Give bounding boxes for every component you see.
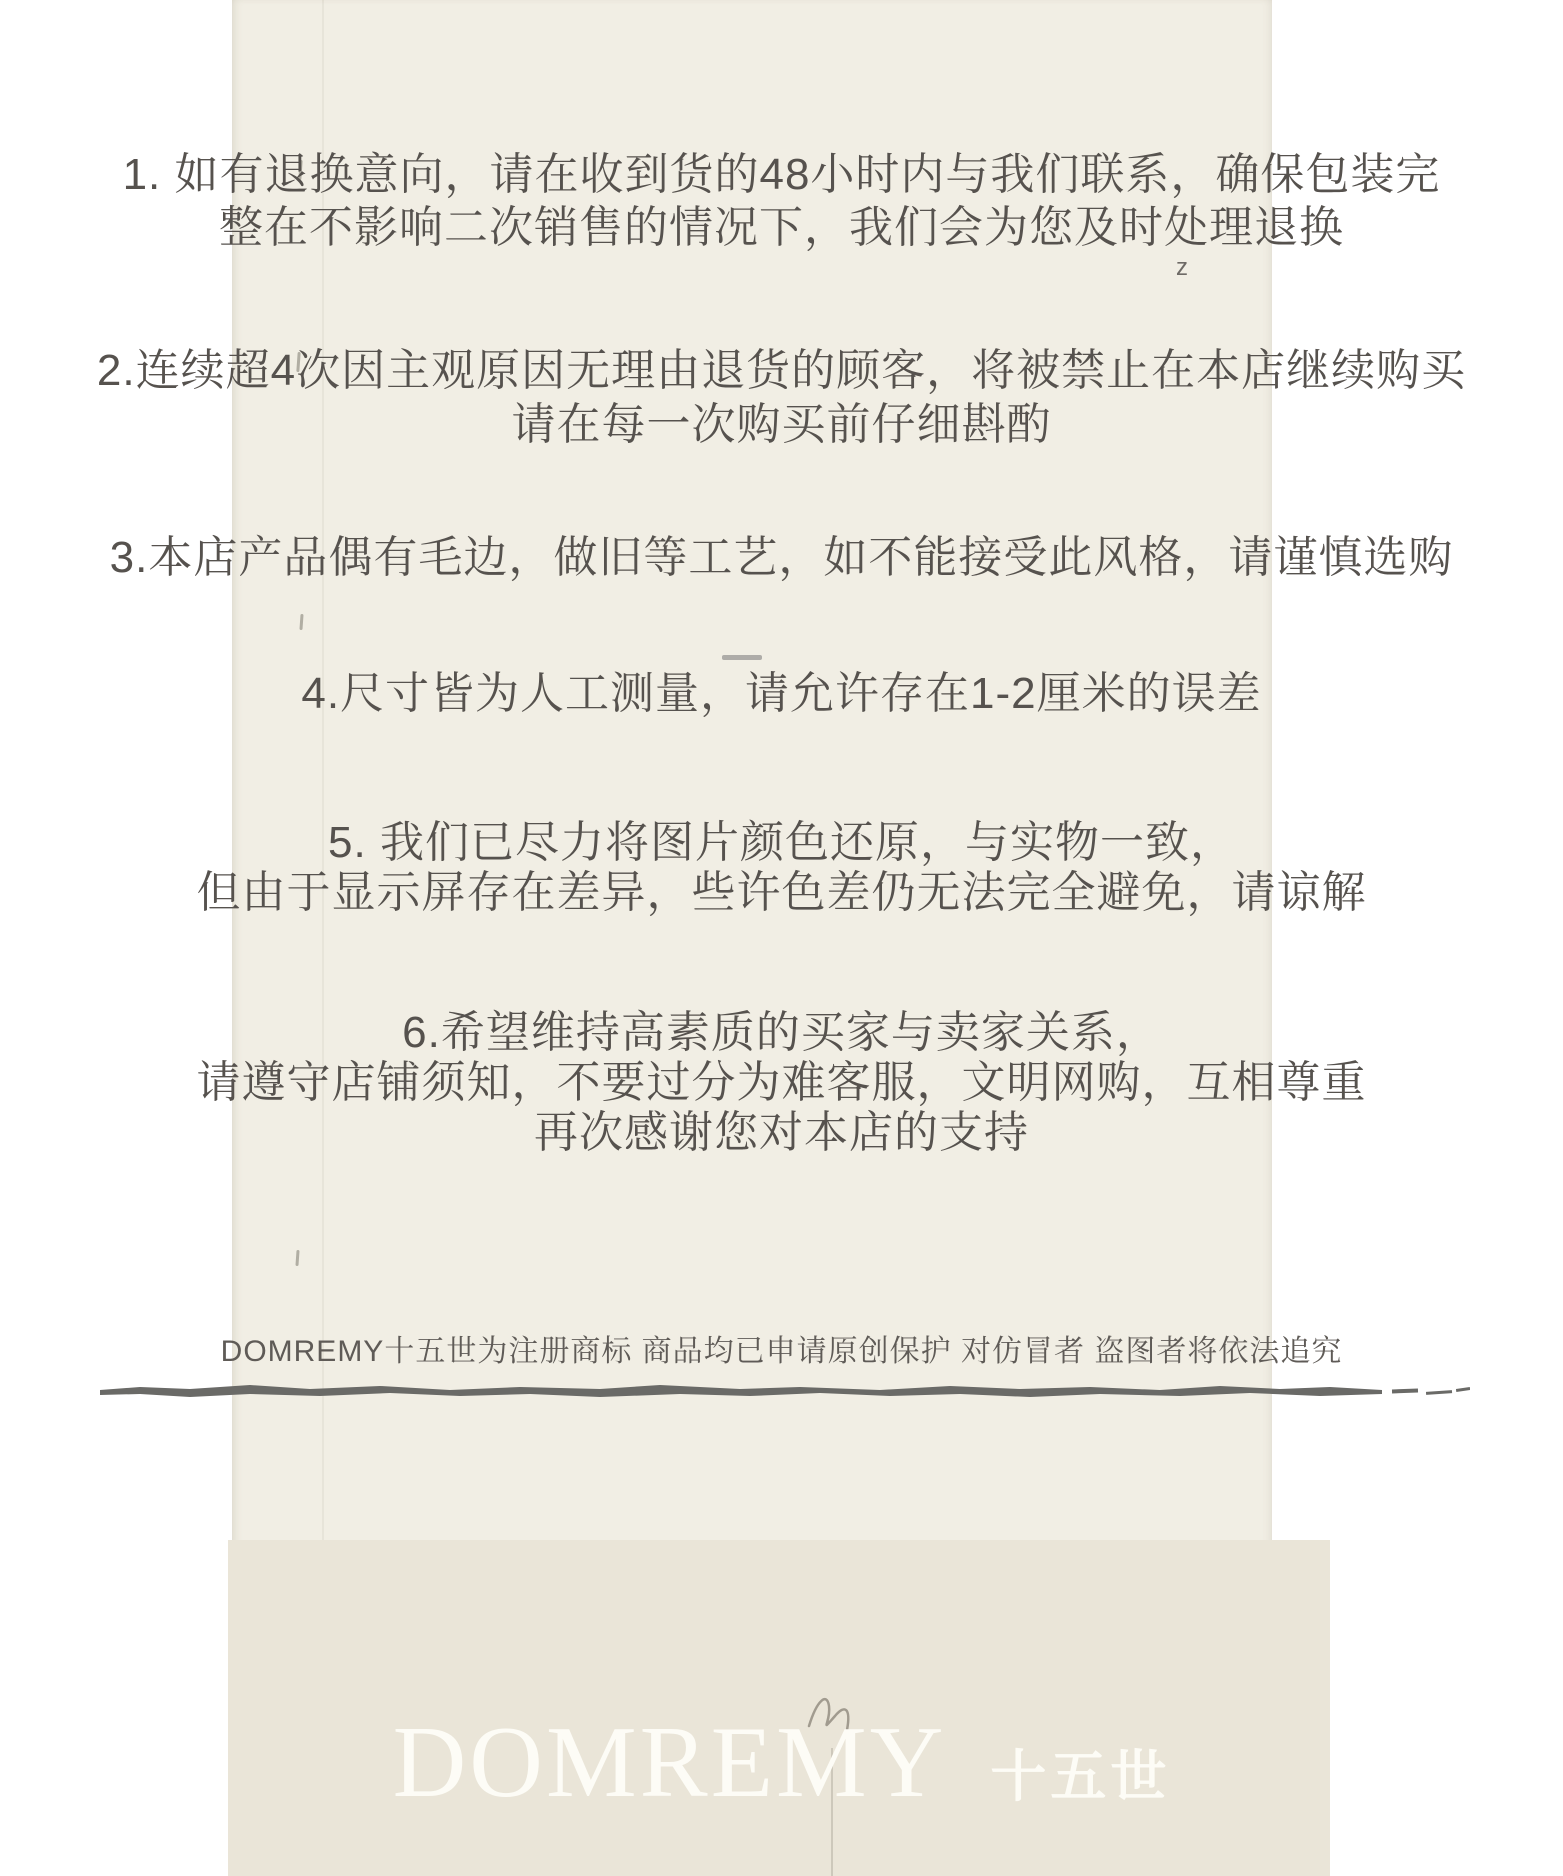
notice-line: 整在不影响二次销售的情况下，我们会为您及时处理退换 xyxy=(0,201,1563,254)
notice-line: 但由于显示屏存在差异，些许色差仍无法完全避免，请谅解 xyxy=(0,868,1563,918)
notice-item-1: 1. 如有退换意向，请在收到货的48小时内与我们联系，确保包装完 整在不影响二次… xyxy=(0,148,1563,254)
notice-line: 请遵守店铺须知，不要过分为难客服，文明网购，互相尊重 xyxy=(0,1058,1563,1108)
notice-line: 3.本店产品偶有毛边，做旧等工艺，如不能接受此风格，请谨慎选购 xyxy=(0,531,1563,585)
notice-line: 4.尺寸皆为人工测量，请允许存在1-2厘米的误差 xyxy=(0,667,1563,721)
brand-logo: DOMREMY 十五世 xyxy=(0,1712,1563,1814)
notice-line: 再次感谢您对本店的支持 xyxy=(0,1108,1563,1158)
notice-line: 6.希望维持高素质的买家与卖家关系， xyxy=(0,1008,1563,1058)
trademark-notice: DOMREMY十五世为注册商标 商品均已申请原创保护 对仿冒者 盗图者将依法追究 xyxy=(0,1326,1563,1370)
notice-line: 5. 我们已尽力将图片颜色还原，与实物一致， xyxy=(0,818,1563,868)
small-dash-mark xyxy=(722,655,762,660)
stray-z-character: z xyxy=(1176,254,1188,282)
notice-line: 请在每一次购买前仔细斟酌 xyxy=(0,398,1563,452)
notice-item-5: 5. 我们已尽力将图片颜色还原，与实物一致， 但由于显示屏存在差异，些许色差仍无… xyxy=(0,818,1563,918)
notice-item-2: 2.连续超4次因主观原因无理由退货的顾客，将被禁止在本店继续购买 请在每一次购买… xyxy=(0,344,1563,452)
notice-line: 1. 如有退换意向，请在收到货的48小时内与我们联系，确保包装完 xyxy=(0,148,1563,201)
notice-item-4: 4.尺寸皆为人工测量，请允许存在1-2厘米的误差 xyxy=(0,667,1563,721)
brush-divider xyxy=(100,1382,1470,1400)
brand-logo-suffix: 十五世 xyxy=(990,1749,1170,1805)
notice-item-3: 3.本店产品偶有毛边，做旧等工艺，如不能接受此风格，请谨慎选购 xyxy=(0,531,1563,585)
notice-item-6: 6.希望维持高素质的买家与卖家关系， 请遵守店铺须知，不要过分为难客服，文明网购… xyxy=(0,1008,1563,1158)
store-notice-page: 1. 如有退换意向，请在收到货的48小时内与我们联系，确保包装完 整在不影响二次… xyxy=(0,0,1563,1876)
notice-line: 2.连续超4次因主观原因无理由退货的顾客，将被禁止在本店继续购买 xyxy=(0,344,1563,398)
brand-logo-name: DOMREMY xyxy=(393,1712,947,1814)
